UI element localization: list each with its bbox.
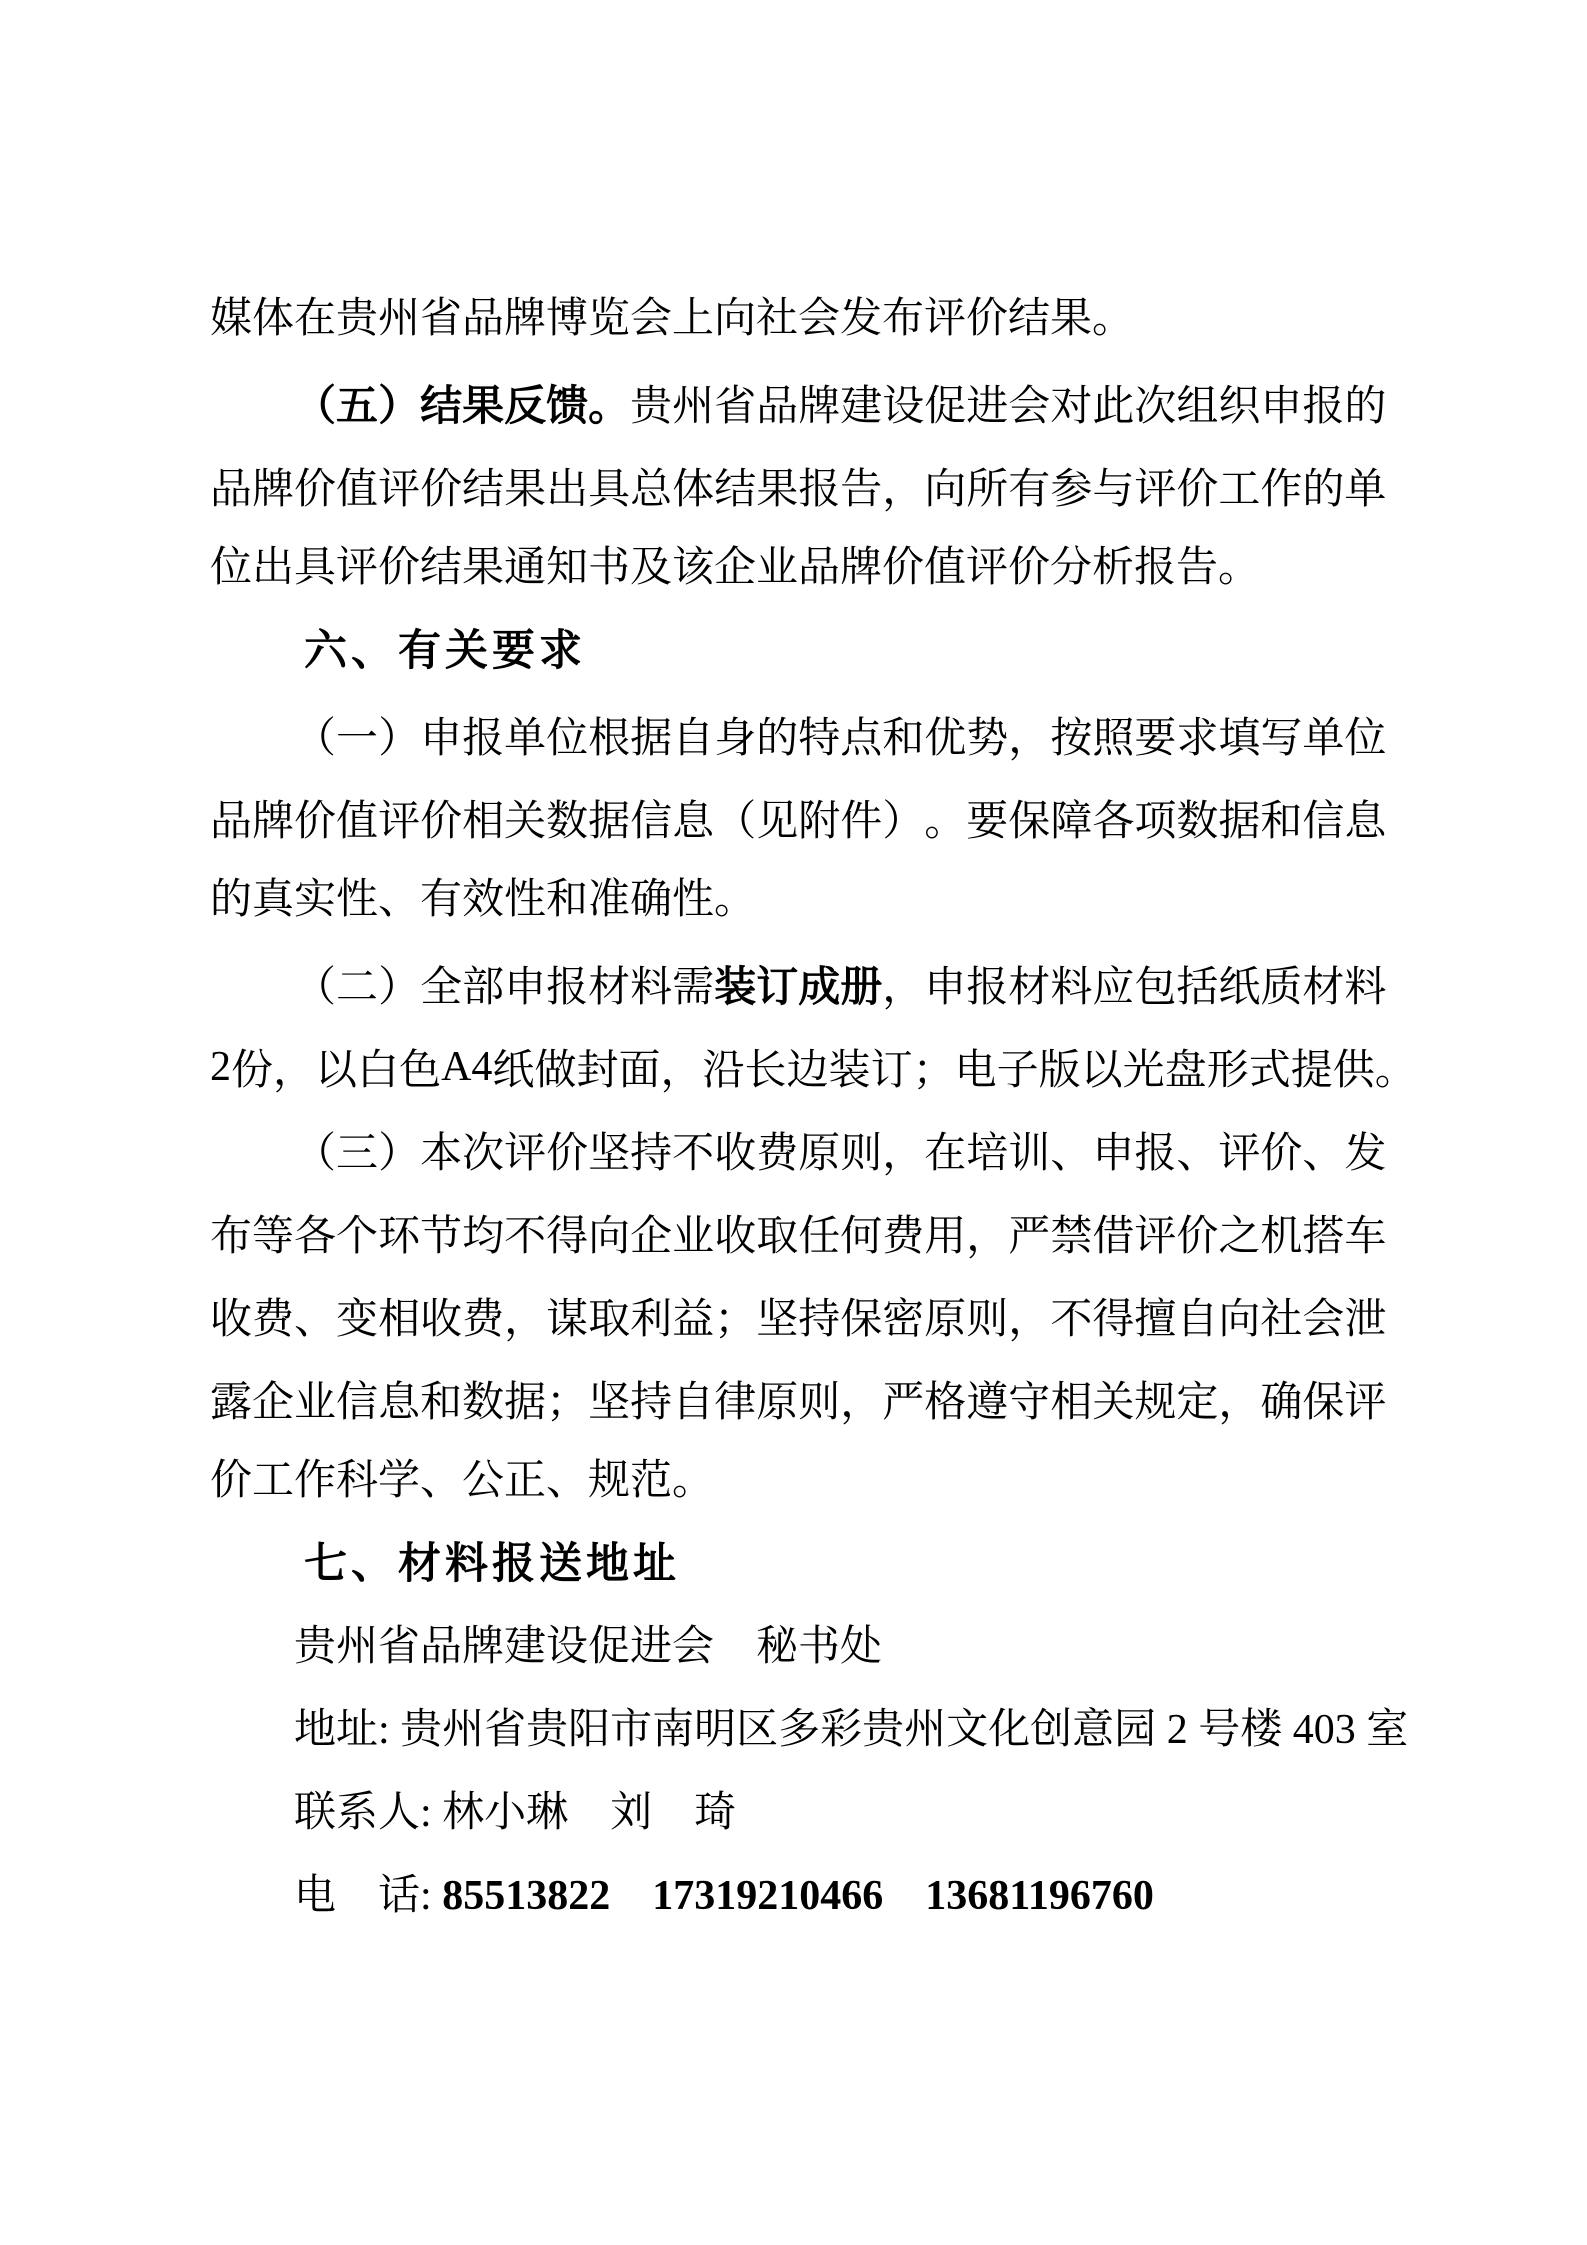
glyph: 应 bbox=[1092, 954, 1134, 1014]
glyph: 据 bbox=[630, 705, 672, 765]
heading-section-7: 七、材料报送地址 bbox=[210, 1523, 1380, 1606]
glyph: 点 bbox=[840, 705, 882, 765]
glyph: 作 bbox=[1260, 456, 1302, 516]
glyph: 收 bbox=[420, 1286, 462, 1346]
glyph: 个 bbox=[336, 1203, 378, 1263]
glyph: 泄 bbox=[1344, 1286, 1386, 1346]
glyph: 报 bbox=[1134, 1120, 1176, 1180]
glyph: 价 bbox=[1176, 456, 1218, 516]
glyph bbox=[210, 705, 252, 765]
glyph: 价 bbox=[294, 456, 336, 516]
glyph: 见 bbox=[756, 788, 798, 848]
glyph: 用 bbox=[924, 1203, 966, 1263]
glyph: 织 bbox=[1218, 373, 1260, 433]
glyph: 参 bbox=[1050, 456, 1092, 516]
glyph: 牌 bbox=[798, 373, 840, 433]
glyph: 式 bbox=[1249, 1037, 1291, 1097]
glyph: 价 bbox=[1176, 1203, 1218, 1263]
glyph: 以 bbox=[315, 1037, 357, 1097]
glyph: 息 bbox=[1344, 788, 1386, 848]
para-6-3-line-5: 价工作科学、公正、规范。 bbox=[210, 1440, 1380, 1523]
glyph: 坚 bbox=[588, 1120, 630, 1180]
glyph: 。 bbox=[1375, 1037, 1417, 1097]
glyph: 自 bbox=[672, 1369, 714, 1429]
glyph: ， bbox=[504, 1286, 546, 1346]
glyph: 持 bbox=[630, 1369, 672, 1429]
glyph: 出 bbox=[546, 456, 588, 516]
glyph: 根 bbox=[588, 705, 630, 765]
glyph: 品 bbox=[210, 788, 252, 848]
glyph: 不 bbox=[672, 1120, 714, 1180]
heading-section-6: 六、有关要求 bbox=[210, 610, 1380, 693]
line-contacts: 联系人: 林小琳 刘 琦 bbox=[210, 1772, 1380, 1855]
glyph: 和 bbox=[420, 1369, 462, 1429]
glyph: 写 bbox=[1260, 705, 1302, 765]
glyph: 纸 bbox=[492, 1037, 534, 1097]
glyph: 确 bbox=[1260, 1369, 1302, 1429]
glyph: 省 bbox=[714, 373, 756, 433]
glyph: 二 bbox=[336, 954, 378, 1014]
glyph: 材 bbox=[588, 954, 630, 1014]
glyph: 会 bbox=[1008, 373, 1050, 433]
glyph: 节 bbox=[420, 1203, 462, 1263]
glyph: 规 bbox=[1134, 1369, 1176, 1429]
glyph: 与 bbox=[1092, 456, 1134, 516]
glyph: 包 bbox=[1134, 954, 1176, 1014]
glyph: 按 bbox=[1050, 705, 1092, 765]
glyph: A4 bbox=[441, 1043, 492, 1091]
glyph: 结 bbox=[714, 456, 756, 516]
glyph: ， bbox=[273, 1037, 315, 1097]
glyph: 需 bbox=[672, 954, 714, 1014]
glyph: 、 bbox=[1050, 1120, 1092, 1180]
glyph: 申 bbox=[420, 705, 462, 765]
text-segment: 位出具评价结果通知书及该企业品牌价值评价分析报告。 bbox=[210, 545, 1260, 591]
glyph: 边 bbox=[787, 1037, 829, 1097]
glyph: 的 bbox=[1302, 456, 1344, 516]
glyph: 单 bbox=[1302, 705, 1344, 765]
para-5-feedback-line-3: 位出具评价结果通知书及该企业品牌价值评价分析报告。 bbox=[210, 527, 1380, 610]
glyph: 息 bbox=[672, 788, 714, 848]
glyph: 则 bbox=[966, 1286, 1008, 1346]
glyph: 申 bbox=[1092, 1120, 1134, 1180]
glyph: 供 bbox=[1333, 1037, 1375, 1097]
glyph: 业 bbox=[294, 1369, 336, 1429]
glyph: 据 bbox=[1218, 788, 1260, 848]
text-segment: 室 bbox=[1356, 1707, 1409, 1753]
glyph: 保 bbox=[1008, 788, 1050, 848]
text-segment: 2 bbox=[1167, 1707, 1188, 1753]
glyph: ， bbox=[1008, 1286, 1050, 1346]
glyph: 搭 bbox=[1302, 1203, 1344, 1263]
glyph: 。 bbox=[588, 373, 630, 433]
glyph: 全 bbox=[420, 954, 462, 1014]
glyph: 相 bbox=[378, 1286, 420, 1346]
glyph: 括 bbox=[1176, 954, 1218, 1014]
glyph: 价 bbox=[420, 788, 462, 848]
glyph: 所 bbox=[966, 456, 1008, 516]
glyph: 材 bbox=[1008, 954, 1050, 1014]
glyph: 工 bbox=[1218, 456, 1260, 516]
glyph: 费 bbox=[756, 1120, 798, 1180]
glyph: 色 bbox=[399, 1037, 441, 1097]
glyph: 收 bbox=[714, 1203, 756, 1263]
glyph bbox=[210, 954, 252, 1014]
glyph bbox=[252, 954, 294, 1014]
glyph: 成 bbox=[798, 954, 840, 1014]
glyph: 本 bbox=[420, 1120, 462, 1180]
glyph: 评 bbox=[1134, 456, 1176, 516]
glyph: 、 bbox=[1176, 1120, 1218, 1180]
glyph: 。 bbox=[924, 788, 966, 848]
glyph: 材 bbox=[1302, 954, 1344, 1014]
line-organization: 贵州省品牌建设促进会 秘书处 bbox=[210, 1606, 1380, 1689]
glyph: ， bbox=[1008, 705, 1050, 765]
glyph: ， bbox=[882, 1120, 924, 1180]
para-6-2-line-2: 2份，以白色A4纸做封面，沿长边装订；电子版以光盘形式提供。 bbox=[210, 1025, 1380, 1108]
glyph: 势 bbox=[966, 705, 1008, 765]
glyph: 对 bbox=[1050, 373, 1092, 433]
glyph: 面 bbox=[618, 1037, 660, 1097]
glyph: 位 bbox=[1344, 705, 1386, 765]
text-segment: 85513822 17319210466 13681196760 bbox=[442, 1873, 1154, 1919]
glyph: 组 bbox=[1176, 373, 1218, 433]
glyph: 发 bbox=[1344, 1120, 1386, 1180]
glyph bbox=[252, 1120, 294, 1180]
glyph: 社 bbox=[1260, 1286, 1302, 1346]
glyph: 品 bbox=[210, 456, 252, 516]
text-segment: 媒体在贵州省品牌博览会上向社会发布评价结果。 bbox=[210, 296, 1134, 342]
para-6-1-line-1: （一）申报单位根据自身的特点和优势，按照要求填写单位 bbox=[210, 693, 1380, 776]
glyph: 料 bbox=[1050, 954, 1092, 1014]
glyph: ， bbox=[660, 1037, 702, 1097]
glyph: 保 bbox=[840, 1286, 882, 1346]
glyph: 禁 bbox=[1050, 1203, 1092, 1263]
text-segment: 403 bbox=[1293, 1707, 1356, 1753]
glyph: 身 bbox=[714, 705, 756, 765]
glyph: 费 bbox=[882, 1203, 924, 1263]
glyph: 订 bbox=[756, 954, 798, 1014]
glyph: 利 bbox=[630, 1286, 672, 1346]
glyph: 贵 bbox=[630, 373, 672, 433]
glyph: 车 bbox=[1344, 1203, 1386, 1263]
glyph: 做 bbox=[534, 1037, 576, 1097]
glyph: 信 bbox=[1302, 788, 1344, 848]
glyph: 州 bbox=[672, 373, 714, 433]
glyph: 报 bbox=[462, 705, 504, 765]
glyph: 份 bbox=[231, 1037, 273, 1097]
glyph: 费 bbox=[462, 1286, 504, 1346]
glyph: 坚 bbox=[588, 1369, 630, 1429]
glyph: 求 bbox=[1176, 705, 1218, 765]
glyph: 得 bbox=[546, 1203, 588, 1263]
text-segment: 贵州省品牌建设促进会 秘书处 bbox=[294, 1624, 882, 1670]
glyph: 原 bbox=[798, 1120, 840, 1180]
glyph: 具 bbox=[588, 456, 630, 516]
para-6-3-line-3: 收费、变相收费，谋取利益；坚持保密原则，不得擅自向社会泄 bbox=[210, 1274, 1380, 1357]
glyph: ） bbox=[378, 954, 420, 1014]
line-address: 地址: 贵州省贵阳市南明区多彩贵州文化创意园 2 号楼 403 室 bbox=[210, 1689, 1380, 1772]
text-segment bbox=[210, 1624, 294, 1670]
glyph: 照 bbox=[1092, 705, 1134, 765]
glyph: 有 bbox=[1008, 456, 1050, 516]
glyph: 形 bbox=[1207, 1037, 1249, 1097]
glyph: 件 bbox=[840, 788, 882, 848]
glyph: ） bbox=[378, 373, 420, 433]
glyph: 之 bbox=[1218, 1203, 1260, 1263]
glyph: 息 bbox=[378, 1369, 420, 1429]
glyph: 报 bbox=[966, 954, 1008, 1014]
glyph: 总 bbox=[630, 456, 672, 516]
text-segment bbox=[210, 1873, 294, 1919]
glyph: 纸 bbox=[1218, 954, 1260, 1014]
glyph: 各 bbox=[294, 1203, 336, 1263]
glyph: （ bbox=[294, 705, 336, 765]
glyph: 取 bbox=[588, 1286, 630, 1346]
glyph: 申 bbox=[504, 954, 546, 1014]
text-segment: 地址: 贵州省贵阳市南明区多彩贵州文化创意园 bbox=[294, 1707, 1167, 1753]
glyph: 信 bbox=[630, 788, 672, 848]
glyph: 五 bbox=[336, 373, 378, 433]
glyph: 此 bbox=[1092, 373, 1134, 433]
glyph: 关 bbox=[1092, 1369, 1134, 1429]
para-6-3-line-4: 露企业信息和数据；坚持自律原则，严格遵守相关规定，确保评 bbox=[210, 1357, 1380, 1440]
glyph: 的 bbox=[756, 705, 798, 765]
text-segment: 的真实性、有效性和准确性。 bbox=[210, 877, 756, 923]
glyph: 变 bbox=[336, 1286, 378, 1346]
glyph: 障 bbox=[1050, 788, 1092, 848]
glyph: 结 bbox=[462, 456, 504, 516]
glyph: 设 bbox=[882, 373, 924, 433]
glyph: 报 bbox=[798, 456, 840, 516]
glyph: 坚 bbox=[756, 1286, 798, 1346]
glyph: 价 bbox=[1260, 1120, 1302, 1180]
glyph: 牌 bbox=[252, 456, 294, 516]
glyph: 质 bbox=[1260, 954, 1302, 1014]
glyph: 不 bbox=[1050, 1286, 1092, 1346]
glyph: 电 bbox=[955, 1037, 997, 1097]
glyph: （ bbox=[294, 373, 336, 433]
glyph: 料 bbox=[1344, 954, 1386, 1014]
glyph: 要 bbox=[966, 788, 1008, 848]
glyph: 优 bbox=[924, 705, 966, 765]
document-body: 媒体在贵州省品牌博览会上向社会发布评价结果。 （五）结果反馈。贵州省品牌建设促进… bbox=[210, 278, 1380, 1938]
glyph: 沿 bbox=[703, 1037, 745, 1097]
glyph: 的 bbox=[1344, 373, 1386, 433]
glyph: 环 bbox=[378, 1203, 420, 1263]
glyph: （ bbox=[714, 788, 756, 848]
glyph: 、 bbox=[294, 1286, 336, 1346]
glyph: 盘 bbox=[1165, 1037, 1207, 1097]
para-6-3-line-2: 布等各个环节均不得向企业收取任何费用，严禁借评价之机搭车 bbox=[210, 1191, 1380, 1274]
glyph: 企 bbox=[252, 1369, 294, 1429]
glyph: （ bbox=[294, 1120, 336, 1180]
line-phone: 电 话: 85513822 17319210466 13681196760 bbox=[210, 1855, 1380, 1938]
glyph: ， bbox=[1218, 1369, 1260, 1429]
glyph: 收 bbox=[714, 1120, 756, 1180]
glyph: 体 bbox=[672, 456, 714, 516]
glyph: 次 bbox=[462, 1120, 504, 1180]
glyph: 价 bbox=[420, 456, 462, 516]
glyph: 评 bbox=[1344, 1369, 1386, 1429]
glyph: 以 bbox=[1081, 1037, 1123, 1097]
glyph: 数 bbox=[1176, 788, 1218, 848]
glyph: 白 bbox=[357, 1037, 399, 1097]
glyph: 等 bbox=[252, 1203, 294, 1263]
text-segment bbox=[210, 1790, 294, 1836]
glyph: 提 bbox=[1291, 1037, 1333, 1097]
glyph: 企 bbox=[630, 1203, 672, 1263]
glyph: 价 bbox=[294, 788, 336, 848]
glyph: 单 bbox=[504, 705, 546, 765]
glyph: ） bbox=[378, 1120, 420, 1180]
glyph: 册 bbox=[840, 954, 882, 1014]
glyph: 值 bbox=[336, 788, 378, 848]
text-segment: 六、有关要求 bbox=[304, 627, 586, 675]
text-segment bbox=[210, 1707, 294, 1753]
glyph: 收 bbox=[210, 1286, 252, 1346]
glyph: 、 bbox=[1302, 1120, 1344, 1180]
glyph bbox=[252, 373, 294, 433]
glyph: 相 bbox=[462, 788, 504, 848]
glyph: 谋 bbox=[546, 1286, 588, 1346]
glyph: 在 bbox=[924, 1120, 966, 1180]
glyph: 据 bbox=[504, 1369, 546, 1429]
glyph: ， bbox=[882, 456, 924, 516]
glyph: 品 bbox=[756, 373, 798, 433]
glyph: 严 bbox=[1008, 1203, 1050, 1263]
glyph: 则 bbox=[840, 1120, 882, 1180]
glyph: 格 bbox=[924, 1369, 966, 1429]
para-5-feedback-line-2: 品牌价值评价结果出具总体结果报告，向所有参与评价工作的单 bbox=[210, 444, 1380, 527]
glyph: 三 bbox=[336, 1120, 378, 1180]
glyph: 得 bbox=[1092, 1286, 1134, 1346]
glyph: 律 bbox=[714, 1369, 756, 1429]
glyph: 遵 bbox=[966, 1369, 1008, 1429]
glyph: 布 bbox=[210, 1203, 252, 1263]
glyph: 项 bbox=[1134, 788, 1176, 848]
glyph: 密 bbox=[882, 1286, 924, 1346]
glyph: ， bbox=[882, 954, 924, 1014]
glyph: 自 bbox=[1176, 1286, 1218, 1346]
glyph bbox=[252, 705, 294, 765]
glyph: 和 bbox=[882, 705, 924, 765]
glyph: 均 bbox=[462, 1203, 504, 1263]
glyph: 申 bbox=[1260, 373, 1302, 433]
glyph: 报 bbox=[1302, 373, 1344, 433]
glyph: ； bbox=[714, 1286, 756, 1346]
text-segment: 七、材料报送地址 bbox=[304, 1540, 680, 1588]
glyph: 子 bbox=[997, 1037, 1039, 1097]
glyph: 相 bbox=[1050, 1369, 1092, 1429]
glyph: 据 bbox=[588, 788, 630, 848]
glyph: 位 bbox=[546, 705, 588, 765]
glyph: 建 bbox=[840, 373, 882, 433]
glyph: 次 bbox=[1134, 373, 1176, 433]
glyph: 守 bbox=[1008, 1369, 1050, 1429]
document-page: 媒体在贵州省品牌博览会上向社会发布评价结果。 （五）结果反馈。贵州省品牌建设促进… bbox=[0, 0, 1587, 2245]
glyph: 业 bbox=[672, 1203, 714, 1263]
glyph: 原 bbox=[924, 1286, 966, 1346]
glyph: 严 bbox=[882, 1369, 924, 1429]
glyph: 果 bbox=[756, 456, 798, 516]
para-result-publish-end: 媒体在贵州省品牌博览会上向社会发布评价结果。 bbox=[210, 278, 1380, 361]
glyph: 封 bbox=[576, 1037, 618, 1097]
glyph: 订 bbox=[871, 1037, 913, 1097]
glyph: 结 bbox=[420, 373, 462, 433]
glyph: 申 bbox=[924, 954, 966, 1014]
glyph: ） bbox=[378, 705, 420, 765]
glyph: 向 bbox=[1218, 1286, 1260, 1346]
glyph: （ bbox=[294, 954, 336, 1014]
glyph: 保 bbox=[1302, 1369, 1344, 1429]
glyph: 和 bbox=[1260, 788, 1302, 848]
glyph: 会 bbox=[1302, 1286, 1344, 1346]
para-5-feedback-line-1: （五）结果反馈。贵州省品牌建设促进会对此次组织申报的 bbox=[210, 361, 1380, 444]
glyph: 何 bbox=[840, 1203, 882, 1263]
text-segment bbox=[210, 627, 304, 675]
glyph: 持 bbox=[798, 1286, 840, 1346]
glyph: 评 bbox=[378, 456, 420, 516]
glyph: 信 bbox=[336, 1369, 378, 1429]
glyph: 向 bbox=[588, 1203, 630, 1263]
para-6-1-line-2: 品牌价值评价相关数据信息（见附件）。要保障各项数据和信息 bbox=[210, 776, 1380, 859]
glyph: 不 bbox=[504, 1203, 546, 1263]
para-6-2-line-1: （二）全部申报材料需装订成册，申报材料应包括纸质材料 bbox=[210, 942, 1380, 1025]
glyph: ； bbox=[546, 1369, 588, 1429]
para-6-3-line-1: （三）本次评价坚持不收费原则，在培训、申报、评价、发 bbox=[210, 1108, 1380, 1191]
glyph: 定 bbox=[1176, 1369, 1218, 1429]
text-segment: 联系人: 林小琳 刘 琦 bbox=[294, 1790, 736, 1836]
glyph: 牌 bbox=[252, 788, 294, 848]
glyph: 馈 bbox=[546, 373, 588, 433]
glyph: 特 bbox=[798, 705, 840, 765]
glyph: 则 bbox=[798, 1369, 840, 1429]
glyph: ， bbox=[840, 1369, 882, 1429]
glyph: 原 bbox=[756, 1369, 798, 1429]
glyph: 费 bbox=[252, 1286, 294, 1346]
glyph: 取 bbox=[756, 1203, 798, 1263]
text-segment: 电 话: bbox=[294, 1873, 442, 1919]
glyph: 任 bbox=[798, 1203, 840, 1263]
glyph: 促 bbox=[924, 373, 966, 433]
glyph: 益 bbox=[672, 1286, 714, 1346]
glyph: 2 bbox=[210, 1043, 231, 1091]
glyph: 一 bbox=[336, 705, 378, 765]
glyph: 部 bbox=[462, 954, 504, 1014]
glyph: 装 bbox=[714, 954, 756, 1014]
glyph: 数 bbox=[546, 788, 588, 848]
glyph: 要 bbox=[1134, 705, 1176, 765]
glyph: 价 bbox=[546, 1120, 588, 1180]
glyph: 告 bbox=[840, 456, 882, 516]
glyph: 持 bbox=[630, 1120, 672, 1180]
glyph: 评 bbox=[378, 788, 420, 848]
glyph: 向 bbox=[924, 456, 966, 516]
glyph: ） bbox=[882, 788, 924, 848]
glyph: 数 bbox=[462, 1369, 504, 1429]
glyph: 各 bbox=[1092, 788, 1134, 848]
glyph: ， bbox=[966, 1203, 1008, 1263]
glyph: 光 bbox=[1123, 1037, 1165, 1097]
text-segment: 号楼 bbox=[1188, 1707, 1293, 1753]
glyph: 料 bbox=[630, 954, 672, 1014]
glyph: 填 bbox=[1218, 705, 1260, 765]
glyph: 训 bbox=[1008, 1120, 1050, 1180]
glyph: 长 bbox=[745, 1037, 787, 1097]
glyph: 评 bbox=[504, 1120, 546, 1180]
glyph: 报 bbox=[546, 954, 588, 1014]
